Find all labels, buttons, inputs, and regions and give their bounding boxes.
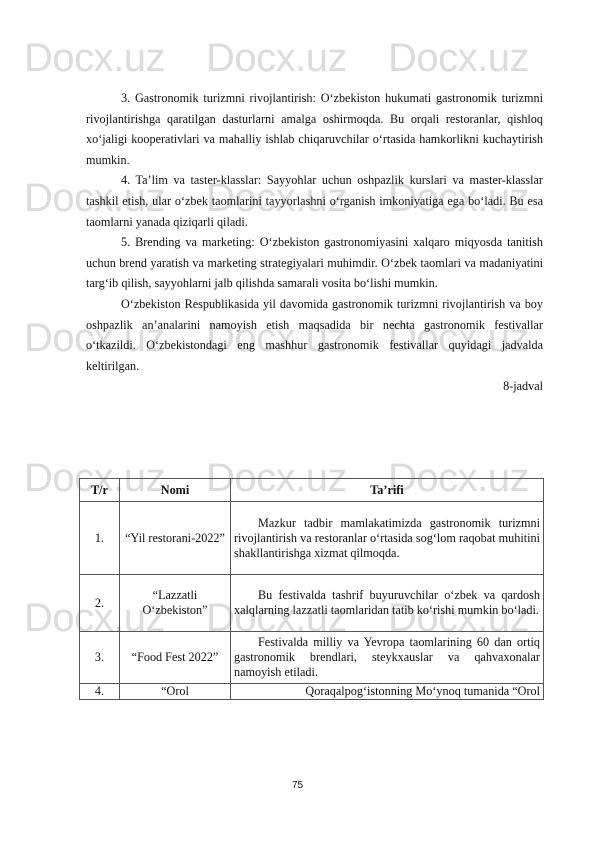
column-header-name: Nomi <box>120 479 231 502</box>
paragraph-branding-marketing: 5. Brending va marketing: O‘zbekiston ga… <box>86 232 543 294</box>
paragraph-gastronomic-tourism: 3. Gastronomik turizmni rivojlantirish: … <box>86 88 543 170</box>
festival-description: Festivalda milliy va Yevropa taomlarinin… <box>231 632 544 684</box>
festival-name: “Lazzatli O‘zbekiston” <box>120 575 231 632</box>
watermark: Docx.uz <box>24 38 165 78</box>
table-row: 1. “Yil restorani-2022” Mazkur tadbir ma… <box>80 502 544 575</box>
festival-name: “Food Fest 2022” <box>120 632 231 684</box>
festivals-table: T/r Nomi Ta’rifi 1. “Yil restorani-2022”… <box>79 478 544 700</box>
row-number: 2. <box>80 575 120 632</box>
festival-name: “Orol <box>120 684 231 700</box>
table-row: 4. “Orol Qoraqalpog‘istonning Mo‘ynoq tu… <box>80 684 544 700</box>
festival-description: Bu festivalda tashrif buyuruvchilar o‘zb… <box>231 575 544 632</box>
table-row: 2. “Lazzatli O‘zbekiston” Bu festivalda … <box>80 575 544 632</box>
page-number: 75 <box>0 780 595 791</box>
table-row: 3. “Food Fest 2022” Festivalda milliy va… <box>80 632 544 684</box>
row-number: 4. <box>80 684 120 700</box>
document-body: 3. Gastronomik turizmni rivojlantirish: … <box>86 88 543 397</box>
table-header-row: T/r Nomi Ta’rifi <box>80 479 544 502</box>
paragraph-taster-classes: 4. Ta’lim va taster-klasslar: Sayyohlar … <box>86 170 543 232</box>
paragraph-festivals-intro: O‘zbekiston Respublikasida yil davomida … <box>86 294 543 376</box>
watermark: Docx.uz <box>206 38 347 78</box>
festival-description: Qoraqalpog‘istonning Mo‘ynoq tumanida “O… <box>231 684 544 700</box>
table-caption: 8-jadval <box>86 376 543 397</box>
row-number: 1. <box>80 502 120 575</box>
row-number: 3. <box>80 632 120 684</box>
festival-name: “Yil restorani-2022” <box>120 502 231 575</box>
watermark: Docx.uz <box>388 38 529 78</box>
column-header-description: Ta’rifi <box>231 479 544 502</box>
festival-description: Mazkur tadbir mamlakatimizda gastronomik… <box>231 502 544 575</box>
column-header-number: T/r <box>80 479 120 502</box>
